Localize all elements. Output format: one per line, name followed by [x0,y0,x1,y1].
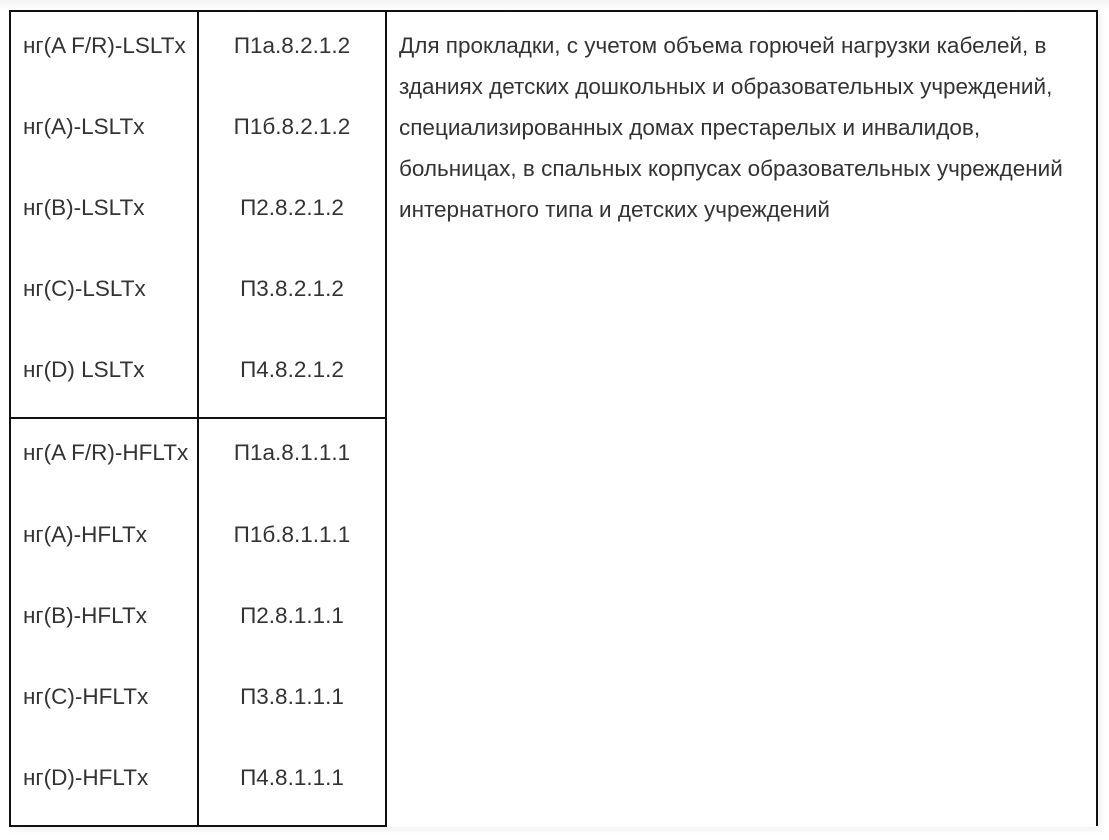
cable-type-cell: нг(C)-HFLTx [10,663,198,744]
code-cell: П1б.8.1.1.1 [198,501,386,582]
cable-type: нг(C)-LSLTx [23,255,191,326]
cable-type: нг(B)-LSLTx [23,174,191,245]
cable-type-cell: нг(A F/R)-LSLTx [10,11,198,93]
cable-type: нг(D)-HFLTx [23,744,191,815]
description-cell: Для прокладки, с учетом объема горючей н… [386,11,1097,826]
cable-type: нг(A F/R)-LSLTx [23,12,191,83]
cable-type-cell: нг(A F/R)-HFLTx [10,418,198,500]
cable-type-cell: нг(B)-LSLTx [10,174,198,255]
cable-type-cell: нг(D) LSLTx [10,336,198,418]
code-cell: П1б.8.2.1.2 [198,93,386,174]
fire-class-code: П2.8.1.1.1 [199,582,385,653]
cable-type: нг(A)-HFLTx [23,501,191,572]
code-cell: П2.8.1.1.1 [198,582,386,663]
code-cell: П3.8.2.1.2 [198,255,386,336]
code-cell: П4.8.2.1.2 [198,336,386,418]
code-cell: П1а.8.1.1.1 [198,418,386,500]
cable-type: нг(D) LSLTx [23,336,191,407]
cable-type-cell: нг(D)-HFLTx [10,744,198,826]
code-cell: П2.8.2.1.2 [198,174,386,255]
fire-class-code: П2.8.2.1.2 [199,174,385,245]
code-cell: П4.8.1.1.1 [198,744,386,826]
cable-type: нг(A F/R)-HFLTx [23,419,191,490]
fire-class-code: П1б.8.1.1.1 [199,501,385,572]
cable-type-cell: нг(C)-LSLTx [10,255,198,336]
cable-type-cell: нг(A)-LSLTx [10,93,198,174]
code-cell: П3.8.1.1.1 [198,663,386,744]
cable-type: нг(B)-HFLTx [23,582,191,653]
fire-class-code: П3.8.2.1.2 [199,255,385,326]
fire-class-code: П4.8.2.1.2 [199,336,385,407]
fire-class-code: П4.8.1.1.1 [199,744,385,815]
table-row: нг(A F/R)-LSLTx П1а.8.2.1.2 Для прокладк… [10,11,1097,93]
cable-type-cell: нг(A)-HFLTx [10,501,198,582]
cable-type-cell: нг(B)-HFLTx [10,582,198,663]
fire-class-code: П1а.8.1.1.1 [199,419,385,490]
code-cell: П1а.8.2.1.2 [198,11,386,93]
fire-class-code: П1а.8.2.1.2 [199,12,385,83]
fire-class-code: П3.8.1.1.1 [199,663,385,734]
usage-description: Для прокладки, с учетом объема горючей н… [399,12,1076,247]
cable-types-table: нг(A F/R)-LSLTx П1а.8.2.1.2 Для прокладк… [9,10,1098,827]
cable-type: нг(A)-LSLTx [23,93,191,164]
fire-class-code: П1б.8.2.1.2 [199,93,385,164]
cable-type: нг(C)-HFLTx [23,663,191,734]
